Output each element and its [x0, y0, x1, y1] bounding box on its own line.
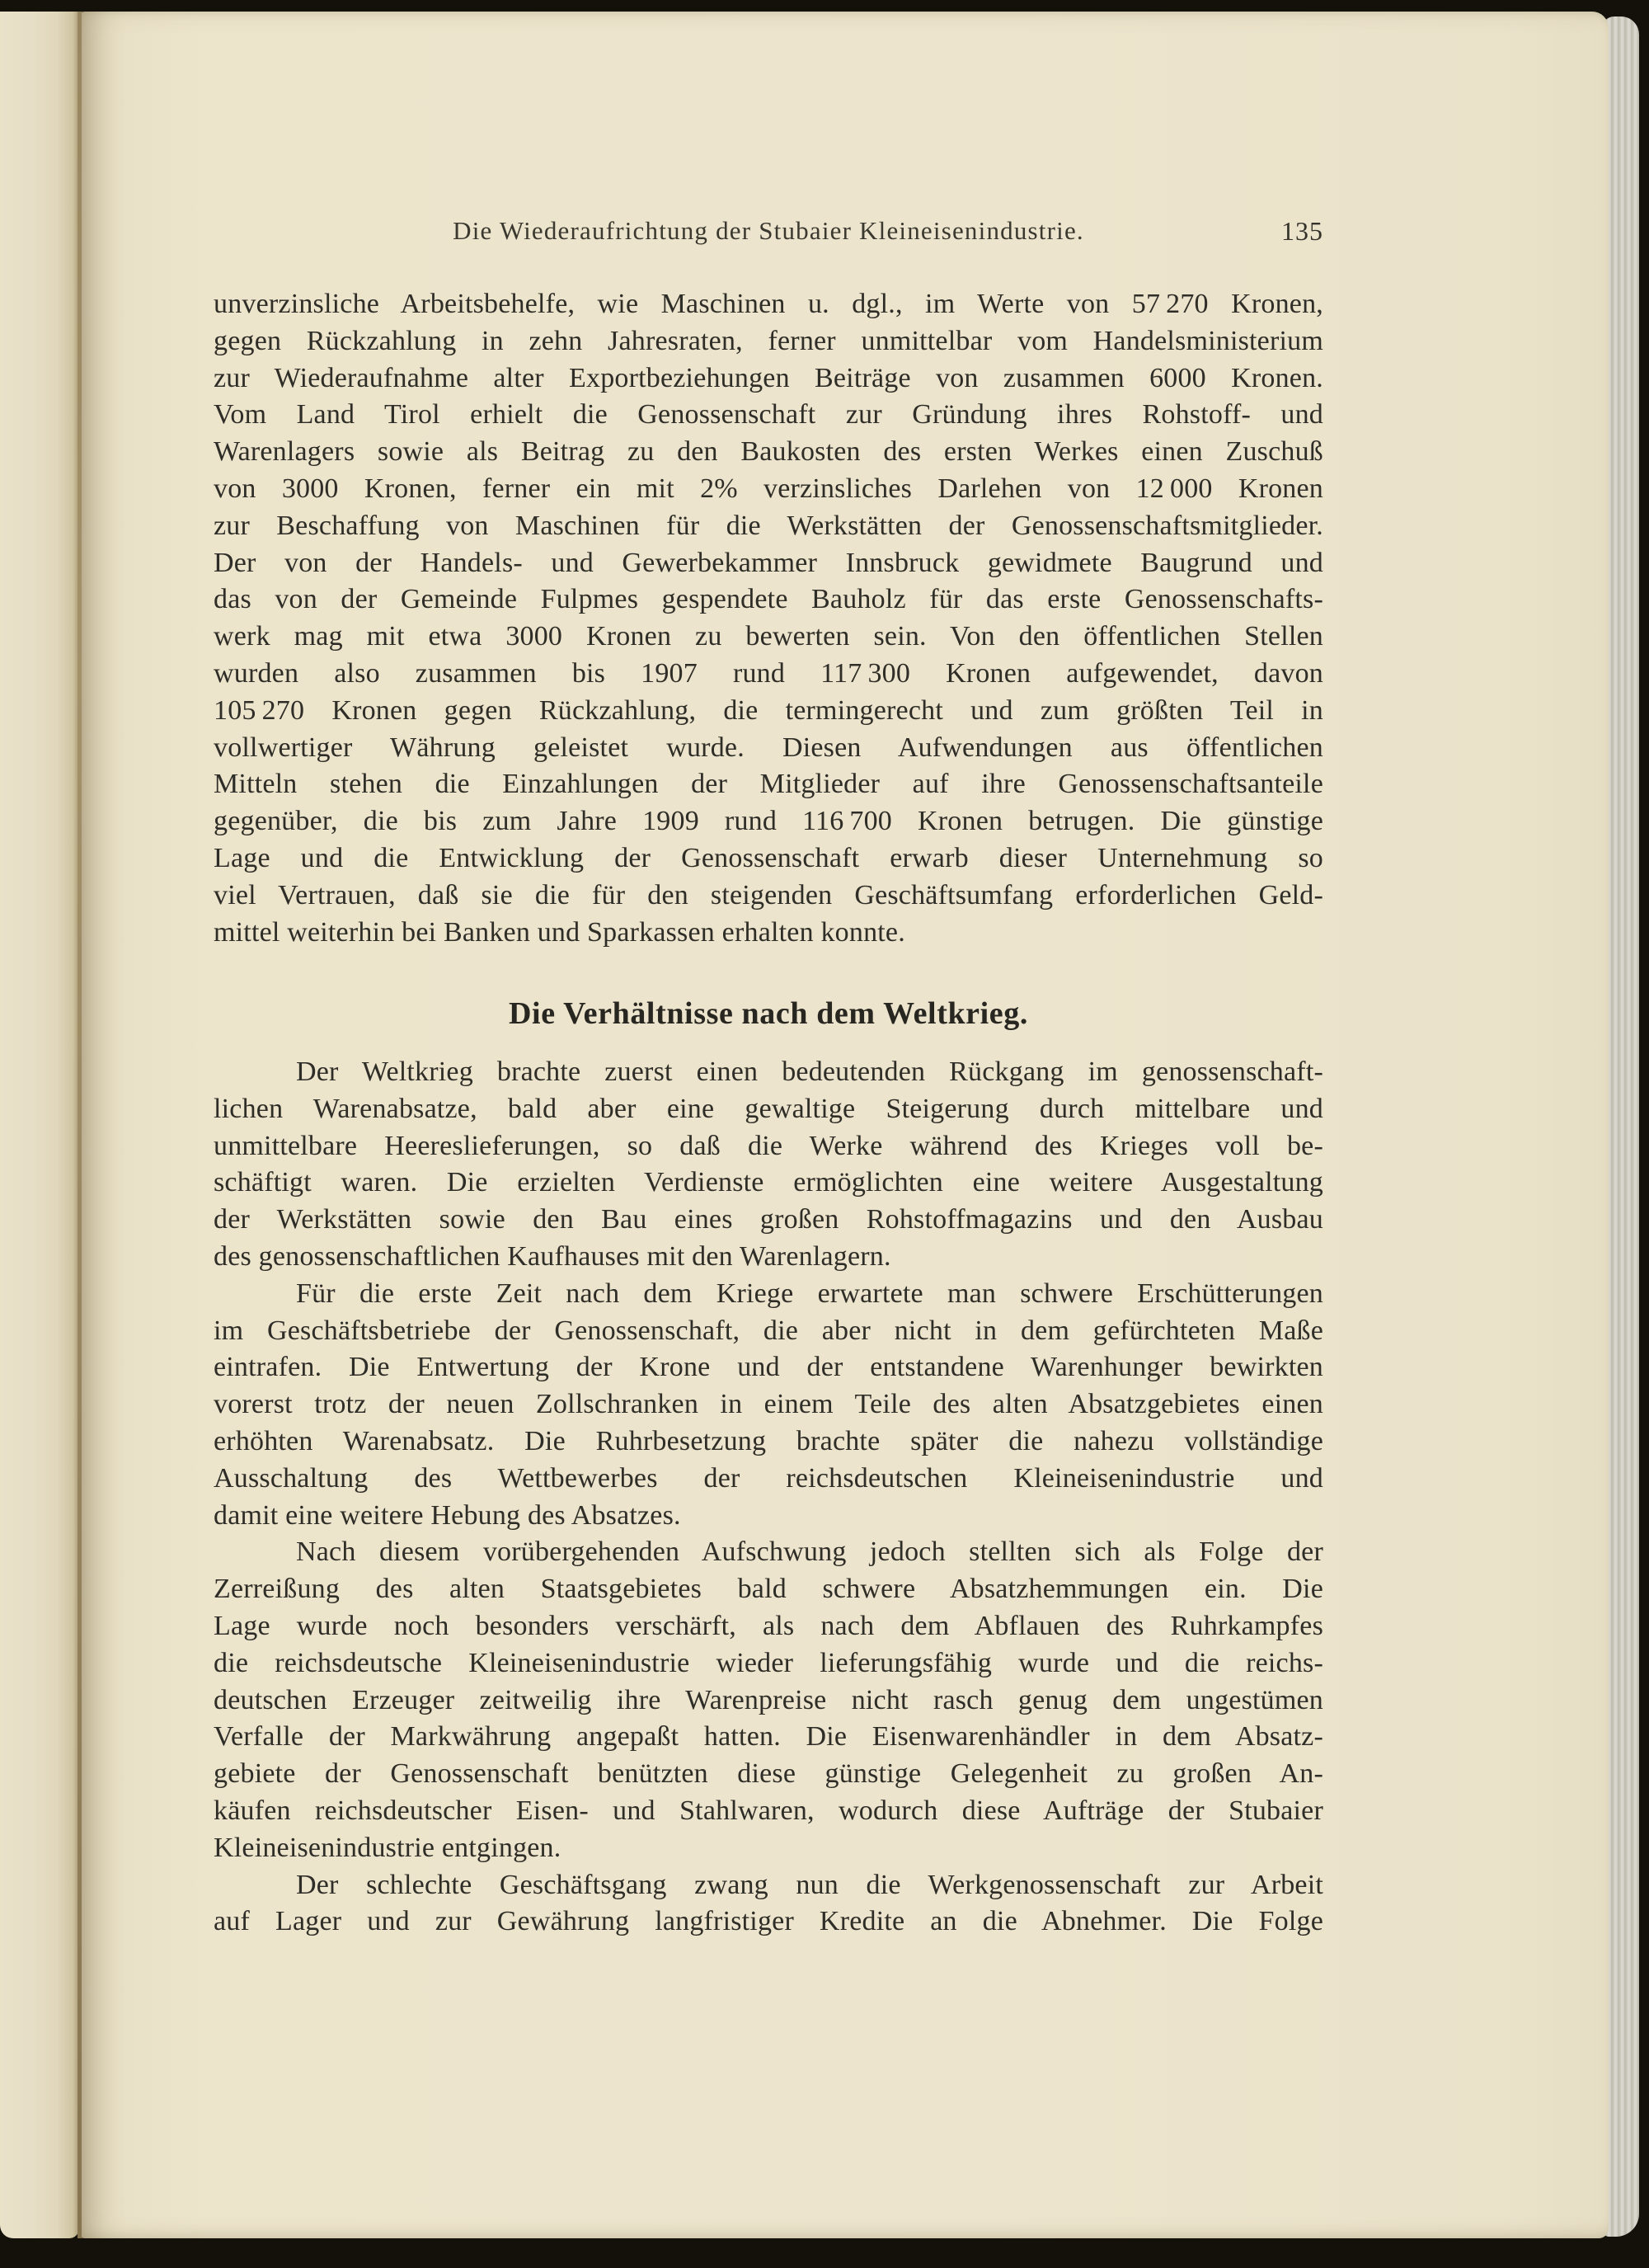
- text-line: eintrafen. Die Entwertung der Krone und …: [214, 1349, 1323, 1386]
- paragraph-group-bottom: Der Weltkrieg brachte zuerst einen bedeu…: [214, 1054, 1323, 1941]
- text-line: erhöhten Warenabsatz. Die Ruhrbesetzung …: [214, 1423, 1323, 1461]
- paragraph: Der Weltkrieg brachte zuerst einen bedeu…: [214, 1054, 1323, 1276]
- paragraph: Nach diesem vorübergehenden Aufschwung j…: [214, 1534, 1323, 1866]
- text-line: käufen reichsdeutscher Eisen- und Stahlw…: [214, 1793, 1323, 1830]
- text-line: Mitteln stehen die Einzahlungen der Mitg…: [214, 766, 1323, 803]
- text-line: Zerreißung des alten Staatsgebietes bald…: [214, 1571, 1323, 1608]
- text-line: viel Vertrauen, daß sie die für den stei…: [214, 878, 1323, 915]
- text-line: Der Weltkrieg brachte zuerst einen bedeu…: [214, 1054, 1323, 1091]
- text-line: 105 270 Kronen gegen Rückzahlung, die te…: [214, 693, 1323, 730]
- text-line: schäftigt waren. Die erzielten Verdienst…: [214, 1165, 1323, 1202]
- section-heading: Die Verhältnisse nach dem Weltkrieg.: [214, 995, 1323, 1033]
- text-line: Verfalle der Markwährung angepaßt hatten…: [214, 1719, 1323, 1756]
- text-line: vollwertiger Währung geleistet wurde. Di…: [214, 730, 1323, 767]
- text-line: von 3000 Kronen, ferner ein mit 2% verzi…: [214, 471, 1323, 508]
- text-line: auf Lager und zur Gewährung langfristige…: [214, 1903, 1323, 1941]
- running-header-title: Die Wiederaufrichtung der Stubaier Klein…: [214, 214, 1323, 247]
- page-number: 135: [1281, 214, 1323, 247]
- text-line: gegen Rückzahlung in zehn Jahresraten, f…: [214, 323, 1323, 360]
- text-line: vorerst trotz der neuen Zollschranken in…: [214, 1386, 1323, 1423]
- text-line: im Geschäftsbetriebe der Genossenschaft,…: [214, 1313, 1323, 1350]
- text-line: mittel weiterhin bei Banken und Sparkass…: [214, 915, 1323, 952]
- text-line: Kleineisenindustrie entgingen.: [214, 1830, 1323, 1867]
- text-line: die reichsdeutsche Kleineisenindustrie w…: [214, 1645, 1323, 1682]
- text-line: zur Wiederaufnahme alter Exportbeziehung…: [214, 360, 1323, 398]
- facing-page-edge: [0, 12, 79, 2238]
- paragraph: Für die erste Zeit nach dem Kriege erwar…: [214, 1276, 1323, 1535]
- book-scan: Die Wiederaufrichtung der Stubaier Klein…: [0, 0, 1649, 2268]
- text-line: Vom Land Tirol erhielt die Genossenschaf…: [214, 397, 1323, 434]
- text-line: Der von der Handels- und Gewerbekammer I…: [214, 545, 1323, 582]
- text-line: das von der Gemeinde Fulpmes gespendete …: [214, 581, 1323, 619]
- text-line: unmittelbare Heereslieferungen, so daß d…: [214, 1128, 1323, 1165]
- text-line: Warenlagers sowie als Beitrag zu den Bau…: [214, 434, 1323, 471]
- text-line: des genossenschaftlichen Kaufhauses mit …: [214, 1239, 1323, 1276]
- text-line: Der schlechte Geschäftsgang zwang nun di…: [214, 1867, 1323, 1904]
- text-block: Die Wiederaufrichtung der Stubaier Klein…: [214, 12, 1323, 2238]
- text-line: gegenüber, die bis zum Jahre 1909 rund 1…: [214, 803, 1323, 840]
- text-line: Ausschaltung des Wettbewerbes der reichs…: [214, 1461, 1323, 1498]
- running-header: Die Wiederaufrichtung der Stubaier Klein…: [214, 214, 1323, 247]
- text-line: Für die erste Zeit nach dem Kriege erwar…: [214, 1276, 1323, 1313]
- text-line: zur Beschaffung von Maschinen für die We…: [214, 508, 1323, 545]
- paragraph-group-top: unverzinsliche Arbeitsbehelfe, wie Masch…: [214, 286, 1323, 951]
- text-line: gebiete der Genossenschaft benützten die…: [214, 1756, 1323, 1793]
- text-line: Lage und die Entwicklung der Genossensch…: [214, 840, 1323, 878]
- book-page: Die Wiederaufrichtung der Stubaier Klein…: [82, 12, 1609, 2238]
- text-line: deutschen Erzeuger zeitweilig ihre Waren…: [214, 1682, 1323, 1720]
- text-line: wurden also zusammen bis 1907 rund 117 3…: [214, 656, 1323, 693]
- text-line: werk mag mit etwa 3000 Kronen zu bewerte…: [214, 619, 1323, 656]
- text-line: lichen Warenabsatze, bald aber eine gewa…: [214, 1091, 1323, 1128]
- paragraph: unverzinsliche Arbeitsbehelfe, wie Masch…: [214, 286, 1323, 951]
- text-line: Nach diesem vorübergehenden Aufschwung j…: [214, 1534, 1323, 1571]
- text-line: Lage wurde noch besonders verschärft, al…: [214, 1608, 1323, 1645]
- text-line: der Werkstätten sowie den Bau eines groß…: [214, 1202, 1323, 1239]
- text-line: unverzinsliche Arbeitsbehelfe, wie Masch…: [214, 286, 1323, 323]
- paragraph: Der schlechte Geschäftsgang zwang nun di…: [214, 1867, 1323, 1941]
- text-line: damit eine weitere Hebung des Absatzes.: [214, 1498, 1323, 1535]
